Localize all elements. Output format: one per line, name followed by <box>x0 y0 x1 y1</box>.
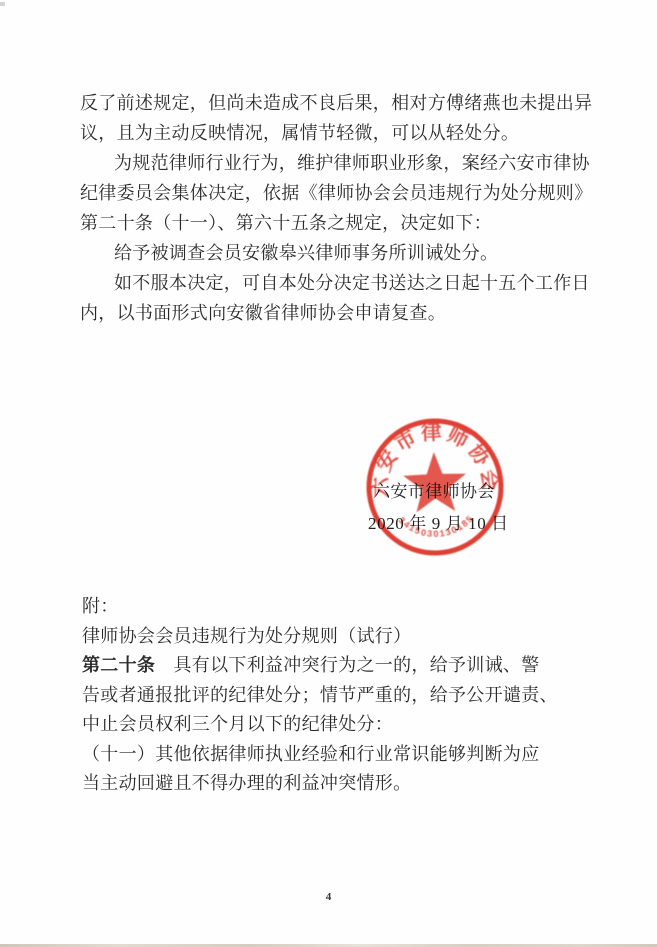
appendix-text-line: 告或者通报批评的纪律处分；情节严重的，给予公开谴责、 <box>82 681 592 711</box>
text-line: 议，且为主动反映情况，属情节轻微，可以从轻处分。 <box>80 118 590 148</box>
article-number: 第二十条 <box>82 655 155 675</box>
text-line: 反了前述规定，但尚未造成不良后果，相对方傅绪燕也未提出异 <box>80 88 590 118</box>
text-line: 如不服本决定，可自本处分决定书送达之日起十五个工作日 <box>80 268 590 298</box>
appendix-label: 附： <box>82 592 592 622</box>
official-seal-stamp: 六安市律师协会 3415030130185 <box>357 409 512 564</box>
text-line: 第二十条（十一）、第六十五条之规定，决定如下： <box>80 208 590 238</box>
appendix-article-line: 第二十条 具有以下利益冲突行为之一的，给予训诫、警 <box>82 651 592 681</box>
appendix-section: 附： 律师协会会员违规行为处分规则（试行） 第二十条 具有以下利益冲突行为之一的… <box>82 592 592 799</box>
seal-star-icon <box>402 451 467 513</box>
appendix-rule-title: 律师协会会员违规行为处分规则（试行） <box>82 622 592 652</box>
text-line: 内，以书面形式向安徽省律师协会申请复查。 <box>80 298 590 328</box>
text-line: 为规范律师行业行为，维护律师职业形象，案经六安市律协 <box>80 148 590 178</box>
page-number: 4 <box>0 891 657 903</box>
text-line: 给予被调查会员安徽皋兴律师事务所训诫处分。 <box>80 238 590 268</box>
decision-body-text: 反了前述规定，但尚未造成不良后果，相对方傅绪燕也未提出异 议，且为主动反映情况，… <box>80 88 590 328</box>
appendix-text-line: 当主动回避且不得办理的利益冲突情形。 <box>82 769 592 799</box>
appendix-text-line: 中止会员权利三个月以下的纪律处分： <box>82 710 592 740</box>
article-text: 具有以下利益冲突行为之一的，给予训诫、警 <box>155 655 539 675</box>
document-page: 反了前述规定，但尚未造成不良后果，相对方傅绪燕也未提出异 议，且为主动反映情况，… <box>0 0 657 947</box>
svg-text:3415030130185: 3415030130185 <box>396 513 476 541</box>
appendix-text-line: （十一）其他依据律师执业经验和行业常识能够判断为应 <box>82 740 592 770</box>
text-line: 纪律委员会集体决定，依据《律师协会会员违规行为处分规则》 <box>80 178 590 208</box>
seal-code-number: 3415030130185 <box>396 513 476 541</box>
scan-speck-artifact <box>0 2 5 6</box>
